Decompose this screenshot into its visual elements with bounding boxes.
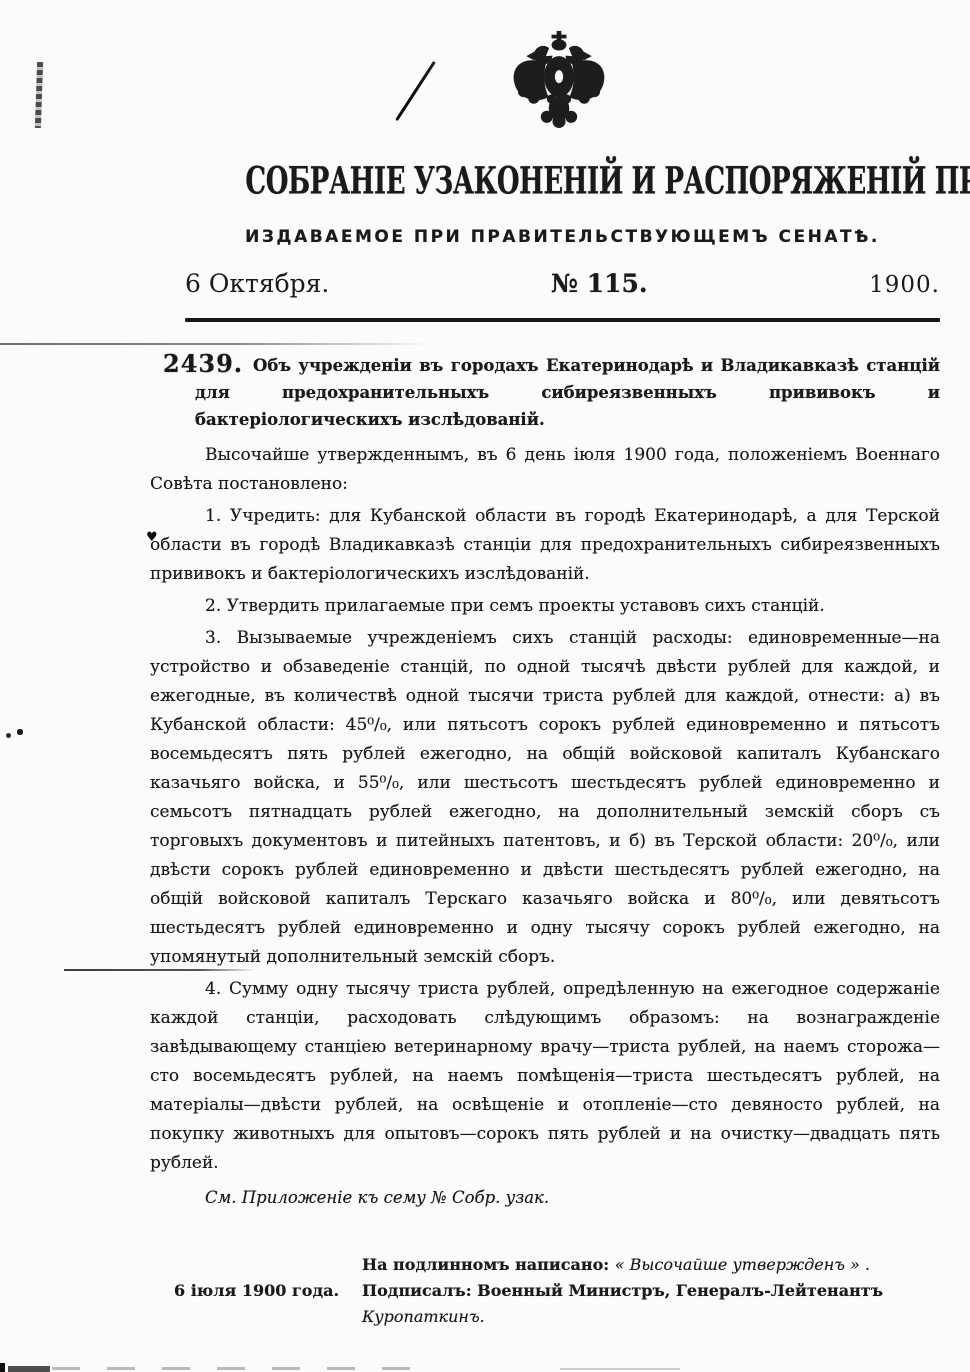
- scan-edge-artifact: [0, 1363, 5, 1372]
- see-note: См. Приложеніе къ сему № Собр. узак.: [150, 1183, 940, 1212]
- approval-line: На подлинномъ написано: « Высочайше утве…: [362, 1252, 940, 1278]
- scan-edge-artifact: [8, 1366, 50, 1372]
- masthead-block: СОБРАНІЕ УЗАКОНЕНІЙ И РАСПОРЯЖЕНІЙ ПРАВИ…: [185, 160, 940, 322]
- signature-line: 6 іюля 1900 года. Подписалъ: Военный Мин…: [150, 1278, 940, 1330]
- paragraph-item-4: 4. Сумму одну тысячу триста рублей, опре…: [150, 975, 940, 1178]
- paragraph-item-2: 2. Утвердить прилагаемые при семъ проект…: [150, 592, 940, 621]
- paragraph-item-1: 1. Учредить: для Кубанской области въ го…: [150, 502, 940, 589]
- signed-prefix: Подписалъ: Военный Министръ, Генералъ-Ле…: [362, 1281, 883, 1300]
- article-heading: 2439. Объ учрежденіи въ городахъ Екатери…: [195, 352, 940, 433]
- document-page: ♥: [0, 0, 970, 1372]
- ink-speck-icon: [6, 733, 11, 738]
- header-rule: [185, 318, 940, 322]
- article-title: Объ учрежденіи въ городахъ Екатеринодарѣ…: [195, 352, 940, 433]
- scan-edge-artifact: [560, 1368, 680, 1370]
- issue-number: № 115.: [551, 269, 648, 298]
- publication-subtitle: ИЗДАВАЕМОЕ ПРИ ПРАВИТЕЛЬСТВУЮЩЕМЪ СЕНАТѢ…: [185, 227, 940, 247]
- article-body: 2439. Объ учрежденіи въ городахъ Екатери…: [150, 352, 940, 1330]
- article-number: 2439.: [163, 349, 243, 378]
- scan-artifact-line: [0, 343, 430, 345]
- paragraph-item-3: 3. Вызываемые учрежденіемъ сихъ станцій …: [150, 624, 940, 972]
- publication-title: СОБРАНІЕ УЗАКОНЕНІЙ И РАСПОРЯЖЕНІЙ ПРАВИ…: [245, 160, 879, 205]
- ink-speck-icon: [17, 729, 23, 735]
- ink-smudge-icon: [35, 62, 43, 128]
- signed-name: Куропаткинъ.: [362, 1307, 485, 1326]
- signed-by: Подписалъ: Военный Министръ, Генералъ-Ле…: [362, 1278, 940, 1330]
- issue-year: 1900.: [869, 272, 940, 298]
- paragraph-preamble: Высочайше утвержденнымъ, въ 6 день іюля …: [150, 441, 940, 499]
- issue-date: 6 Октября.: [185, 269, 329, 298]
- approval-prefix: На подлинномъ написано:: [362, 1255, 615, 1274]
- signature-block: На подлинномъ написано: « Высочайше утве…: [150, 1252, 940, 1330]
- scan-edge-artifact: [52, 1367, 432, 1370]
- issue-row: 6 Октября. № 115. 1900.: [185, 269, 940, 298]
- double-headed-eagle-icon: [503, 30, 615, 142]
- pen-mark-icon: [395, 61, 436, 121]
- approval-quote: « Высочайше утвержденъ » .: [615, 1255, 870, 1274]
- signature-date: 6 іюля 1900 года.: [174, 1278, 339, 1304]
